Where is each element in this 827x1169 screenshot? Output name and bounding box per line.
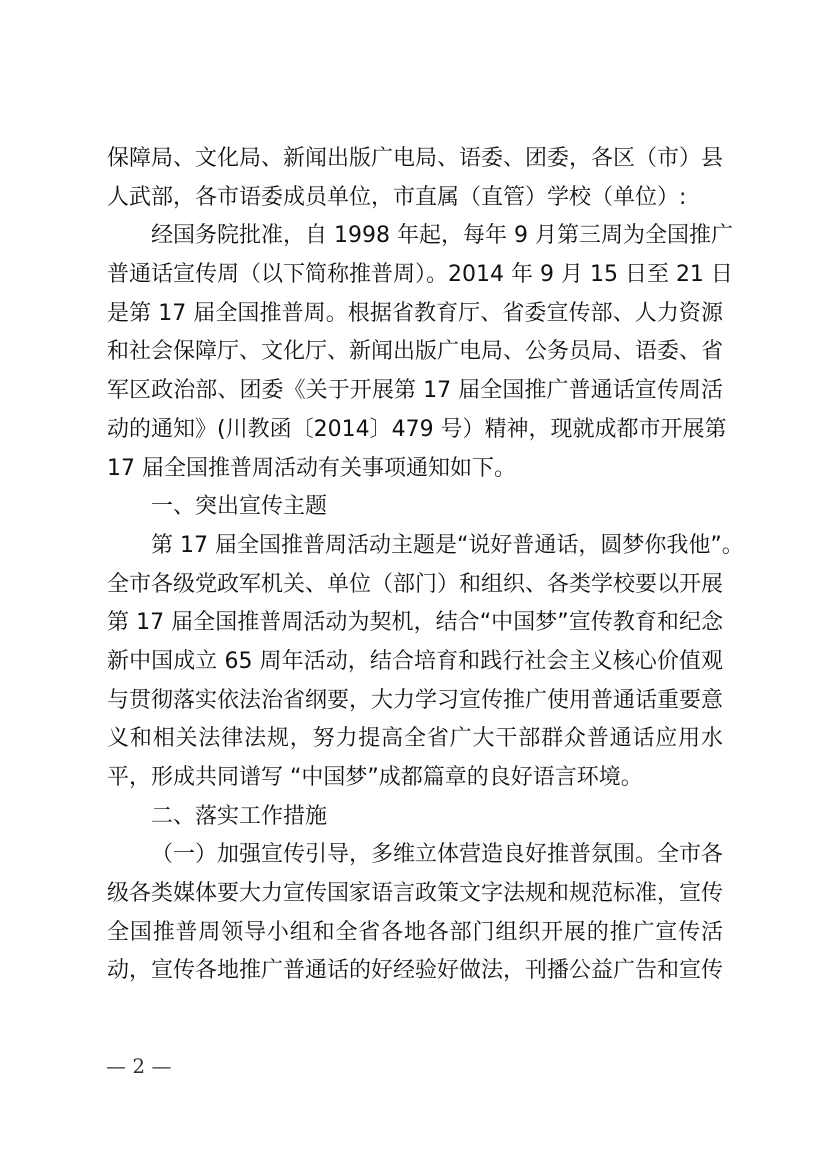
text-line: 是第 17 届全国推普周。根据省教育厅、省委宣传部、人力资源: [107, 295, 723, 334]
page-number: — 2 —: [106, 1054, 171, 1078]
text-line: 动的通知》(川教函〔2014〕479 号）精神，现就成都市开展第: [107, 411, 723, 450]
document-body: 保障局、文化局、新闻出版广电局、语委、团委，各区（市）县 人武部，各市语委成员单…: [107, 140, 723, 991]
subsection-start-line: （一）加强宣传引导，多维立体营造良好推普氛围。全市各: [107, 836, 723, 875]
text-line: 第 17 届全国推普周活动为契机，结合“中国梦”宣传教育和纪念: [107, 604, 723, 643]
section-heading-2: 二、落实工作措施: [107, 798, 723, 837]
text-line: 人武部，各市语委成员单位，市直属（直管）学校（单位）:: [107, 179, 723, 218]
text-line: 17 届全国推普周活动有关事项通知如下。: [107, 450, 723, 489]
text-line: 保障局、文化局、新闻出版广电局、语委、团委，各区（市）县: [107, 140, 723, 179]
text-line: 和社会保障厅、文化厅、新闻出版广电局、公务员局、语委、省: [107, 333, 723, 372]
paragraph-start-line: 第 17 届全国推普周活动主题是“说好普通话，圆梦你我他”。: [107, 527, 723, 566]
text-line: 义和相关法律法规，努力提高全省广大干部群众普通话应用水: [107, 720, 723, 759]
document-page: 保障局、文化局、新闻出版广电局、语委、团委，各区（市）县 人武部，各市语委成员单…: [0, 0, 827, 1169]
text-line: 新中国成立 65 周年活动，结合培育和践行社会主义核心价值观: [107, 643, 723, 682]
section-heading-1: 一、突出宣传主题: [107, 488, 723, 527]
text-line: 普通话宣传周（以下简称推普周）。2014 年 9 月 15 日至 21 日: [107, 256, 723, 295]
text-line: 级各类媒体要大力宣传国家语言政策文字法规和规范标准，宣传: [107, 875, 723, 914]
text-line: 平，形成共同谱写 “中国梦”成都篇章的良好语言环境。: [107, 759, 723, 798]
paragraph-start-line: 经国务院批准，自 1998 年起，每年 9 月第三周为全国推广: [107, 217, 723, 256]
text-line: 动，宣传各地推广普通话的好经验好做法，刊播公益广告和宣传: [107, 952, 723, 991]
text-line: 全国推普周领导小组和全省各地各部门组织开展的推广宣传活: [107, 914, 723, 953]
text-line: 与贯彻落实依法治省纲要，大力学习宣传推广使用普通话重要意: [107, 682, 723, 721]
text-line: 全市各级党政军机关、单位（部门）和组织、各类学校要以开展: [107, 566, 723, 605]
text-line: 军区政治部、团委《关于开展第 17 届全国推广普通话宣传周活: [107, 372, 723, 411]
